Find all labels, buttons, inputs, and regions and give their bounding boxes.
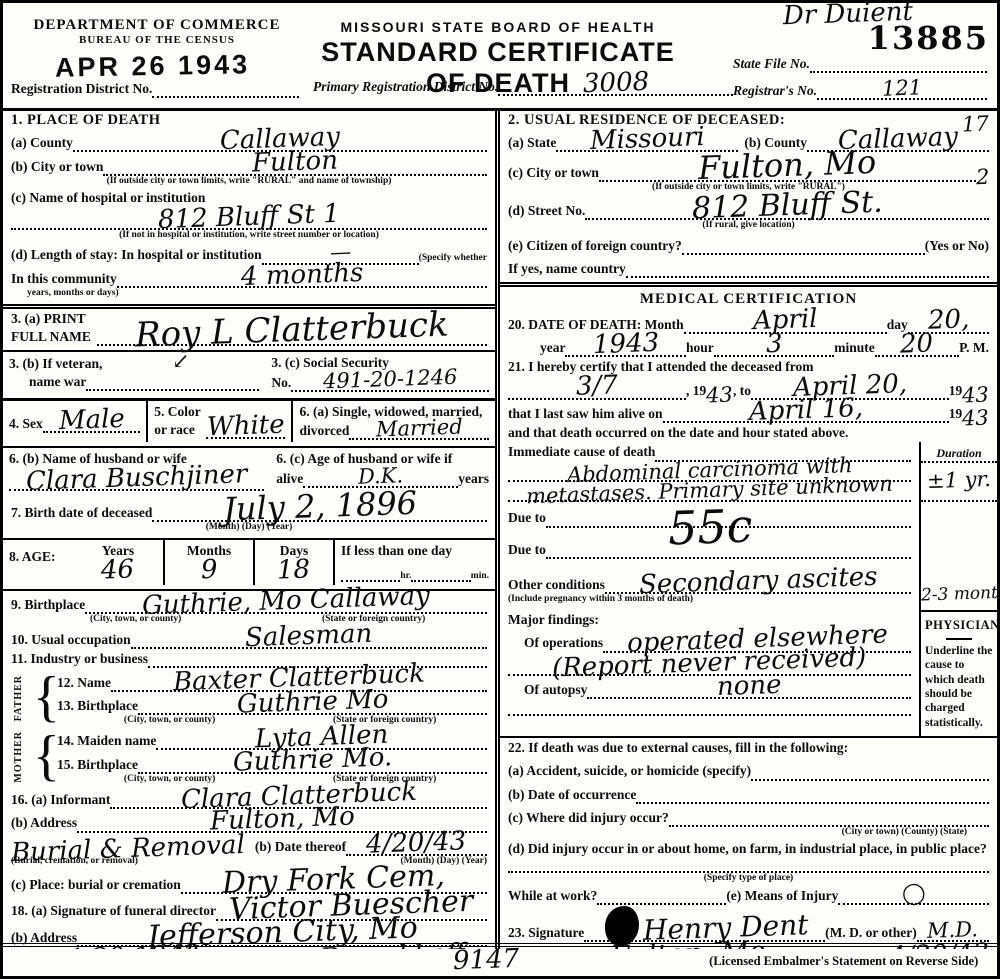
spouse-age-suffix: years xyxy=(458,470,489,488)
duration-physician-column: Duration ±1 yr. 2-3 month PHYSICIAN Unde… xyxy=(919,442,997,736)
embalmer-statement-note: (Licensed Embalmer's Statement on Revers… xyxy=(709,954,978,969)
mother-name-label: 14. Maiden name xyxy=(57,732,156,750)
operations-field-2: (Report never received) xyxy=(508,654,911,676)
residence-state-value: Missouri xyxy=(590,128,705,151)
occupation-value: Salesman xyxy=(245,625,373,649)
last-saw-alive-value: April 16, xyxy=(748,399,863,422)
code-55c-scrawl: 55c xyxy=(668,510,752,548)
place-of-death-title: 1. PLACE OF DEATH xyxy=(11,112,160,129)
birthdate-field: July 2, 1896 xyxy=(152,494,487,522)
section-informant-burial: 16. (a) Informant Clara Clatterbuck (b) … xyxy=(3,786,495,949)
physician-signature-label: 23. Signature xyxy=(508,924,584,942)
death-month-value: April xyxy=(753,310,818,332)
sex-field: Male xyxy=(43,411,140,433)
full-name-value: Roy L Clatterbuck xyxy=(135,312,449,348)
age-years-cell: Years 46 xyxy=(73,540,163,584)
certify-sep1: , 19 xyxy=(686,382,706,400)
age-years-value: 46 xyxy=(101,560,135,581)
county-label: (a) County xyxy=(11,134,73,152)
where-injury-field xyxy=(669,817,989,827)
while-at-work-label: While at work? xyxy=(508,887,597,905)
medical-certification-title: MEDICAL CERTIFICATION xyxy=(500,287,997,310)
hospital-note: (If not in hospital or institution, writ… xyxy=(3,230,495,242)
section-spouse-birthdate: 6. (b) Name of husband or wife Clara Bus… xyxy=(3,448,495,540)
informant-address-value: Fulton, Mo xyxy=(209,808,354,833)
ssn-no-label: No. xyxy=(271,374,291,392)
length-of-stay-label: (d) Length of stay: In hospital or insti… xyxy=(11,246,262,264)
occupation-label: 10. Usual occupation xyxy=(11,631,131,649)
date-occurrence-label: (b) Date of occurrence xyxy=(508,786,636,804)
informant-label: 16. (a) Informant xyxy=(11,791,110,809)
street-no-field: 812 Bluff St. xyxy=(585,195,989,220)
full-name-field: Roy L Clatterbuck xyxy=(97,318,487,346)
certificate-footer: 9147 (Licensed Embalmer's Statement on R… xyxy=(3,943,997,976)
marital-cell: 6. (a) Single, widowed, married, divorce… xyxy=(291,401,495,443)
external-causes-title: 22. If death was due to external causes,… xyxy=(508,739,848,757)
father-vertical-label: FATHER xyxy=(13,675,24,721)
spouse-age-label2: alive xyxy=(276,470,303,488)
department-line: DEPARTMENT OF COMMERCE xyxy=(17,17,297,34)
burial-removal-value: Burial & Removal xyxy=(11,836,245,864)
city-label: (b) City or town xyxy=(11,158,103,176)
header-center: MISSOURI STATE BOARD OF HEALTH STANDARD … xyxy=(303,3,693,108)
city-field: Fulton xyxy=(103,153,487,175)
veteran-label2: name war xyxy=(29,373,86,391)
section-date-of-death: 20. DATE OF DEATH: Month April day 20, y… xyxy=(500,310,997,357)
sex-cell: 4. Sex Male xyxy=(3,401,146,443)
ssn-value: 491-20-1246 xyxy=(323,370,458,390)
due-to-label-1: Due to xyxy=(508,509,546,527)
mother-brace: { xyxy=(33,727,49,786)
while-at-work-field xyxy=(597,895,726,905)
father-birthplace-label: 13. Birthplace xyxy=(57,697,138,715)
residence-city-label: (c) City or town xyxy=(508,164,599,182)
birthplace-label: 9. Birthplace xyxy=(11,596,85,614)
right-column: 2. USUAL RESIDENCE OF DECEASED: 17 (a) S… xyxy=(495,111,997,949)
section-sex-race-marital: 4. Sex Male 5. Color or race White 6. (a… xyxy=(3,401,495,449)
primary-registration-label: Primary Registration District No. xyxy=(313,78,498,96)
veteran-label: 3. (b) If veteran, xyxy=(9,355,102,373)
section-full-name: 3. (a) PRINT FULL NAME Roy L Clatterbuck xyxy=(3,309,495,352)
means-flourish-mark: ◯ xyxy=(902,886,926,903)
certify-sep4: 19 xyxy=(949,405,963,423)
bureau-line: BUREAU OF THE CENSUS xyxy=(17,34,297,46)
name-country-label: If yes, name country xyxy=(508,260,626,278)
sex-label: 4. Sex xyxy=(9,415,43,433)
death-hour-value: 3 xyxy=(765,334,782,354)
autopsy-value: none xyxy=(717,676,782,698)
section-usual-residence: 2. USUAL RESIDENCE OF DECEASED: 17 (a) S… xyxy=(500,111,997,287)
spouse-cell: 6. (b) Name of husband or wife Clara Bus… xyxy=(3,448,270,493)
margin-mark-2: 2 xyxy=(975,170,989,186)
ssn-cell: 3. (c) Social Security No. 491-20-1246 xyxy=(265,352,495,394)
injury-location-label: (d) Did injury occur in or about home, o… xyxy=(508,840,987,858)
city-note: (If outside city or town limits, write "… xyxy=(3,176,495,188)
age-min-label: min. xyxy=(471,571,489,583)
spouse-value: Clara Buschjiner xyxy=(26,465,248,492)
date-occurrence-field xyxy=(636,794,989,804)
informant-address-label: (b) Address xyxy=(11,814,77,832)
name-country-field xyxy=(626,268,989,278)
death-year-label: year xyxy=(540,339,565,357)
primary-registration-value: 3008 xyxy=(582,72,649,94)
spouse-age-value: D.K. xyxy=(358,468,404,485)
physician-box: PHYSICIAN Underline the cause to which d… xyxy=(921,610,997,736)
state-file-label: State File No. xyxy=(733,55,810,73)
page-number-scrawl: 9147 xyxy=(453,949,520,971)
citizen-label: (e) Citizen of foreign country? xyxy=(508,237,682,255)
hospital-field: 812 Bluff St 1 xyxy=(11,208,487,230)
age-label: 8. AGE: xyxy=(9,542,67,566)
where-injury-label: (c) Where did injury occur? xyxy=(508,809,669,827)
veteran-field xyxy=(86,381,259,391)
of-autopsy-label: Of autopsy xyxy=(524,681,587,699)
age-lessday-label: If less than one day xyxy=(341,542,489,560)
citizen-suffix: (Yes or No) xyxy=(925,237,989,255)
father-birthplace-value: Guthrie Mo xyxy=(237,690,389,715)
industry-label: 11. Industry or business xyxy=(11,650,148,668)
death-year-value: 1943 xyxy=(592,334,659,356)
spouse-field: Clara Buschjiner xyxy=(9,469,264,491)
section-attending-certification: 21. I hereby certify that I attended the… xyxy=(500,357,997,442)
registrar-no-field: 121 xyxy=(817,81,987,100)
md-value: M.D. xyxy=(927,922,978,940)
burial-date-label: (b) Date thereof xyxy=(255,838,346,856)
registrar-no-value: 121 xyxy=(882,80,923,97)
age-lessday-cell: If less than one day hr. min. xyxy=(333,540,495,584)
other-duration-value: 2-3 month xyxy=(921,587,997,603)
registration-district-field xyxy=(152,88,299,98)
state-file-number: 13885 xyxy=(868,19,989,57)
means-of-injury-field: ◯ xyxy=(838,886,989,905)
header-right: Dr Duient 13885 State File No. Registrar… xyxy=(693,3,997,108)
alive-year-value: 43 xyxy=(962,411,989,428)
margin-mark-17: 17 xyxy=(962,117,989,134)
mother-birthplace-value: Guthrie Mo. xyxy=(233,749,393,774)
death-certificate-scan: DEPARTMENT OF COMMERCE BUREAU OF THE CEN… xyxy=(0,0,1000,979)
birthplace-value: Guthrie, Mo Callaway xyxy=(142,587,430,617)
physician-instruction: Underline the cause to which death shoul… xyxy=(925,644,993,730)
community-value: 4 months xyxy=(240,263,363,287)
death-minute-field: 20 xyxy=(875,335,959,357)
death-occurred-line: and that death occurred on the date and … xyxy=(508,424,848,442)
race-label: 5. Color or race xyxy=(154,403,206,439)
sex-value: Male xyxy=(58,410,124,432)
community-label: In this community xyxy=(11,270,117,288)
veteran-arrow-mark: ↙ xyxy=(172,354,190,370)
mother-birthplace-label: 15. Birthplace xyxy=(57,756,138,774)
primary-registration-line: Primary Registration District No. 3008 xyxy=(313,74,733,96)
burial-date-field: 4/20/43 xyxy=(346,834,487,856)
accident-suicide-label: (a) Accident, suicide, or homicide (spec… xyxy=(508,762,751,780)
header-left: DEPARTMENT OF COMMERCE BUREAU OF THE CEN… xyxy=(3,3,303,108)
veteran-cell: 3. (b) If veteran, ↙ name war xyxy=(3,352,265,394)
death-year-field: 1943 xyxy=(565,335,686,357)
board-title: MISSOURI STATE BOARD OF HEALTH xyxy=(303,19,693,35)
other-conditions-value: Secondary ascites xyxy=(638,568,877,596)
section-external-causes: 22. If death was due to external causes,… xyxy=(500,736,997,949)
death-minute-label: minute xyxy=(834,339,875,357)
age-days-value: 18 xyxy=(277,560,311,581)
father-block: FATHER { 12. Name Baxter Clatterbuck 13.… xyxy=(3,668,495,727)
death-ampm-label: P. M. xyxy=(959,339,989,357)
to-year-value: 43 xyxy=(962,388,989,405)
last-saw-alive-label: that I last saw him alive on xyxy=(508,405,663,423)
burial-place-label: (c) Place: burial or cremation xyxy=(11,876,181,894)
specify-whether-note: (Specify whether xyxy=(419,253,487,265)
accident-suicide-field xyxy=(751,771,989,781)
birthdate-value: July 2, 1896 xyxy=(222,491,417,522)
marital-field: Married xyxy=(349,421,489,440)
from-year-value: 43 xyxy=(706,388,733,405)
mother-block: MOTHER { 14. Maiden name Lyta Allen 15. … xyxy=(3,727,495,786)
burial-date-value: 4/20/43 xyxy=(366,832,467,855)
md-or-other-label: (M. D. or other) xyxy=(825,924,917,942)
certificate-header: DEPARTMENT OF COMMERCE BUREAU OF THE CEN… xyxy=(3,3,997,111)
state-file-field xyxy=(810,63,987,73)
due-to-label-2: Due to xyxy=(508,541,546,559)
ssn-field: 491-20-1246 xyxy=(291,372,489,391)
left-column: 1. PLACE OF DEATH (a) County Callaway (b… xyxy=(3,111,495,949)
age-months-cell: Months 9 xyxy=(163,540,253,584)
means-of-injury-label: (e) Means of Injury xyxy=(726,887,838,905)
registration-district-line: Registration District No. xyxy=(11,80,299,98)
registrar-no-line: Registrar's No. 121 xyxy=(733,81,987,100)
race-field: White xyxy=(206,417,285,439)
residence-state-label: (a) State xyxy=(508,134,556,152)
attended-from-field: 3/7 xyxy=(508,377,686,399)
registrar-no-label: Registrar's No. xyxy=(733,82,817,100)
age-title-cell: 8. AGE: xyxy=(3,540,73,584)
death-hour-field: 3 xyxy=(714,335,835,357)
death-day-value: 20, xyxy=(927,311,969,332)
city-value: Fulton xyxy=(252,152,339,174)
state-file-line: State File No. xyxy=(733,55,987,73)
operations-value-2: (Report never received) xyxy=(552,648,867,678)
major-findings-label: Major findings: xyxy=(508,611,599,629)
registration-district-label: Registration District No. xyxy=(11,80,152,98)
race-cell: 5. Color or race White xyxy=(146,401,291,443)
residence-city-field: Fulton, Mo xyxy=(599,153,976,181)
section-place-of-death: 1. PLACE OF DEATH (a) County Callaway (b… xyxy=(3,111,495,309)
full-name-label: 3. (a) PRINT FULL NAME xyxy=(11,310,97,346)
marital-value: Married xyxy=(376,420,463,439)
other-conditions-field: Secondary ascites xyxy=(605,572,911,594)
father-brace: { xyxy=(33,668,49,727)
mother-vertical-label: MOTHER xyxy=(13,731,24,783)
certify-intro: 21. I hereby certify that I attended the… xyxy=(508,358,813,376)
certificate-body: 1. PLACE OF DEATH (a) County Callaway (b… xyxy=(3,111,997,949)
where-injury-notes: (City or town) (County) (State) xyxy=(500,827,997,839)
birthdate-label: 7. Birth date of deceased xyxy=(11,504,152,522)
cause-duration-value: ±1 yr. xyxy=(927,472,991,490)
section-birthplace-occupation: 9. Birthplace Guthrie, Mo Callaway (City… xyxy=(3,591,495,669)
race-value: White xyxy=(207,416,285,438)
physician-title: PHYSICIAN xyxy=(925,618,993,634)
section-veteran-ssn: 3. (b) If veteran, ↙ name war 3. (c) Soc… xyxy=(3,352,495,401)
age-days-cell: Days 18 xyxy=(253,540,333,584)
duration-label: Duration xyxy=(921,442,997,463)
community-field: 4 months xyxy=(117,266,487,288)
attended-from-value: 3/7 xyxy=(576,377,618,398)
other-conditions-label: Other conditions xyxy=(508,576,605,594)
age-months-value: 9 xyxy=(200,560,217,580)
street-no-label: (d) Street No. xyxy=(508,202,585,220)
of-operations-label: Of operations xyxy=(524,634,603,652)
birthplace-field: Guthrie, Mo Callaway xyxy=(85,592,487,614)
filed-date-stamp: APR 26 1943 xyxy=(55,49,251,83)
death-minute-value: 20 xyxy=(900,334,934,355)
certify-sep3: 19 xyxy=(949,382,963,400)
death-hour-label: hour xyxy=(686,339,714,357)
mother-birthplace-field: Guthrie Mo. xyxy=(138,751,487,773)
occupation-field: Salesman xyxy=(131,627,487,649)
residence-city-value: Fulton, Mo xyxy=(698,150,877,180)
father-name-label: 12. Name xyxy=(57,674,111,692)
immediate-cause-label: Immediate cause of death xyxy=(508,443,655,461)
marital-label2: divorced xyxy=(299,422,349,440)
cause-of-death-block: Immediate cause of death Abdominal carci… xyxy=(500,442,997,736)
citizen-field xyxy=(682,245,925,255)
street-no-value: 812 Bluff St. xyxy=(691,191,882,220)
hospital-value: 812 Bluff St 1 xyxy=(158,205,340,231)
death-month-field: April xyxy=(684,311,887,333)
